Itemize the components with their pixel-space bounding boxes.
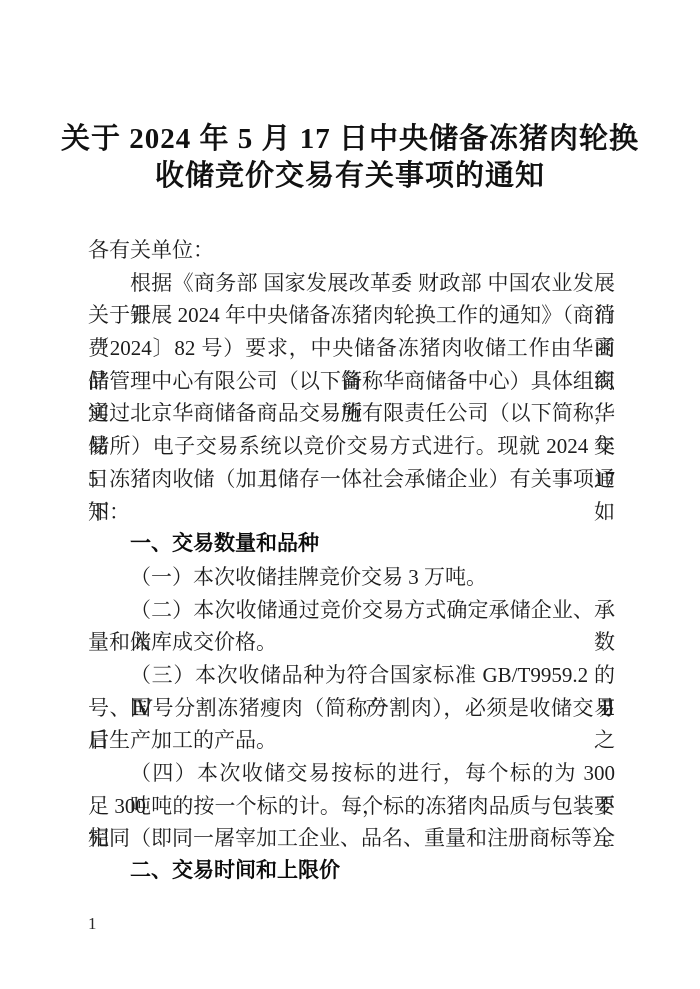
body-line: 各有关单位： <box>88 234 615 267</box>
title-line-1: 关于 2024 年 5 月 17 日中央储备冻猪肉轮换 <box>0 121 700 158</box>
section-heading: 一、交易数量和品种 <box>88 528 615 561</box>
title-line-2: 收储竞价交易有关事项的通知 <box>0 158 700 195</box>
body-line: （四）本次收储交易按标的进行，每个标的为 300 吨，不 <box>88 757 615 790</box>
body-line: 品管理中心有限公司（以下简称华商储备中心）具体组织实施， <box>88 365 615 398</box>
body-line: （二）本次收储通过竞价交易方式确定承储企业、承储数 <box>88 594 615 627</box>
body-line: 关于开展 2024 年中央储备冻猪肉轮换工作的通知》（商消费函 <box>88 299 615 332</box>
document-page: 关于 2024 年 5 月 17 日中央储备冻猪肉轮换 收储竞价交易有关事项的通… <box>0 0 700 989</box>
body-line: 日冻猪肉收储（加工储存一体社会承储企业）有关事项通知如 <box>88 463 615 496</box>
document-title: 关于 2024 年 5 月 17 日中央储备冻猪肉轮换 收储竞价交易有关事项的通… <box>0 121 700 195</box>
document-body: 各有关单位：根据《商务部 国家发展改革委 财政部 中国农业发展银行关于开展 20… <box>88 234 615 888</box>
body-line: （一）本次收储挂牌竞价交易 3 万吨。 <box>88 561 615 594</box>
body-line: 根据《商务部 国家发展改革委 财政部 中国农业发展银行 <box>88 267 615 300</box>
page-number: 1 <box>88 912 97 936</box>
body-line: 足 300 吨的按一个标的计。每个标的冻猪肉品质与包装要完全 <box>88 790 615 823</box>
body-line: 相同（即同一屠宰加工企业、品名、重量和注册商标等）。 <box>88 822 615 855</box>
body-line: 〔2024〕82 号）要求，中央储备冻猪肉收储工作由华商储备商 <box>88 332 615 365</box>
section-heading: 二、交易时间和上限价 <box>88 855 615 888</box>
body-line: 通过北京华商储备商品交易所有限责任公司（以下简称华储交 <box>88 397 615 430</box>
body-line: 号、Ⅳ号分割冻猪瘦肉（简称分割肉），必须是收储交易日之 <box>88 692 615 725</box>
body-line: 易所）电子交易系统以竞价交易方式进行。现就 2024 年 5 月 17 <box>88 430 615 463</box>
body-line: （三）本次收储品种为符合国家标准 GB/T9959.2 的国产Ⅱ <box>88 659 615 692</box>
